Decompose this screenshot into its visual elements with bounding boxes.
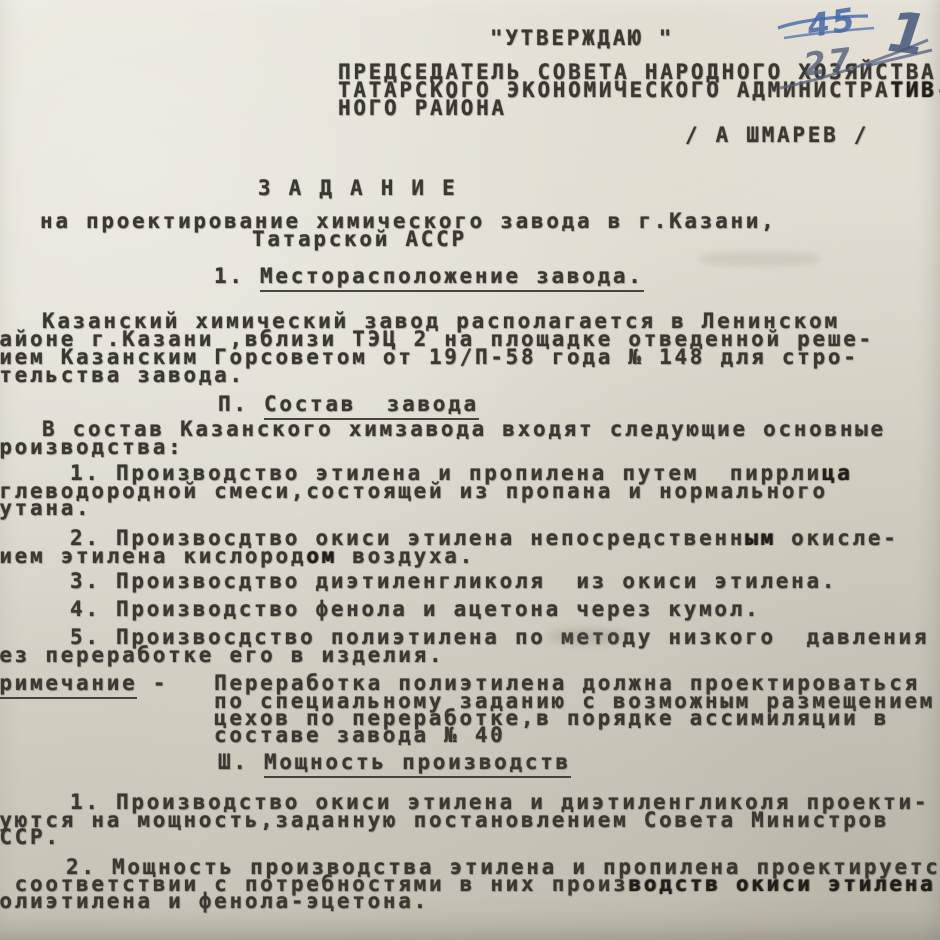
typed-line: НОГО РАЙОНА xyxy=(338,98,507,119)
typed-line: 4. Производство фенола и ацетона через к… xyxy=(70,599,760,620)
typed-line: углеводородной смеси,состоящей из пропан… xyxy=(0,481,828,502)
overstruck-text-run: ым xyxy=(745,526,776,550)
typed-line: Татарской АССР xyxy=(252,229,467,250)
text-run: воздуха. xyxy=(337,544,475,568)
text-run: окисле- xyxy=(776,526,899,550)
typed-line: З А Д А Н И Е xyxy=(258,178,457,199)
typed-line: руются на мощность,заданную постановлени… xyxy=(0,810,889,831)
typed-line: П. Состав завода xyxy=(218,394,479,415)
text-run: 3. Произвосдтво диэтиленгликоля из окиси… xyxy=(70,569,837,593)
typed-line: 1. Месторасположение завода. xyxy=(214,266,644,287)
text-run: Татарской АССР xyxy=(252,227,467,251)
handwritten-page-number-mark: 45 27 1 xyxy=(770,0,940,96)
typed-line: нием этилена кислородом воздуха. xyxy=(0,546,475,567)
typed-line: бутана. xyxy=(0,498,91,519)
underlined-text-run: Примечание xyxy=(0,671,137,699)
underlined-text-run: Состав завода xyxy=(264,392,479,420)
text-run: "УТВЕРЖДАЮ " xyxy=(490,26,674,50)
typed-line: без переработке его в изделия. xyxy=(0,645,444,666)
typed-line: полиэтилена и фенола-эцетона. xyxy=(0,891,429,912)
text-run: полиэтилена и фенола-эцетона. xyxy=(0,889,429,913)
handwritten-number-crossed: 45 xyxy=(804,0,860,45)
overstruck-text-run: ом xyxy=(306,544,337,568)
underlined-text-run: Мощность производств xyxy=(264,750,571,778)
typed-line: Ш. Мощность производств xyxy=(218,752,571,773)
overstruck-text-run: водств окиси этилена xyxy=(628,872,935,896)
text-run: 1. xyxy=(214,264,260,288)
typed-line: "УТВЕРЖДАЮ " xyxy=(490,28,674,49)
text-run: руются на мощность,заданную постановлени… xyxy=(0,808,889,832)
text-run: производства: xyxy=(0,435,183,459)
text-run: без переработке его в изделия. xyxy=(0,643,444,667)
text-run: 4. Производство фенола и ацетона через к… xyxy=(70,597,760,621)
text-run: П. xyxy=(218,392,264,416)
text-run: нием этилена кислород xyxy=(0,544,306,568)
typed-line: СССР. xyxy=(0,827,61,848)
faint-ink-ghost xyxy=(700,252,820,266)
ink-smudge xyxy=(548,629,628,644)
text-run: З А Д А Н И Е xyxy=(258,176,457,200)
text-run: НОГО РАЙОНА xyxy=(338,96,507,120)
text-run: Ш. xyxy=(218,750,264,774)
underlined-text-run: Месторасположение завода. xyxy=(260,264,644,292)
text-run: СССР. xyxy=(0,825,61,849)
typed-line: / А ШМАРЕВ / xyxy=(685,125,869,146)
typed-line: ительства завода. xyxy=(0,365,245,386)
text-run: ительства завода. xyxy=(0,363,245,387)
text-run: углеводородной смеси,состоящей из пропан… xyxy=(0,479,828,503)
typed-line: производства: xyxy=(0,437,183,458)
document-page: "УТВЕРЖДАЮ "ПРЕДСЕДАТЕЛЬ СОВЕТА НАРОДНОГ… xyxy=(0,0,940,940)
text-run: / А ШМАРЕВ / xyxy=(685,123,869,147)
text-run: бутана. xyxy=(0,496,91,520)
typed-line: 3. Произвосдтво диэтиленгликоля из окиси… xyxy=(70,571,837,592)
typed-line: составе завода № 40 xyxy=(214,725,506,746)
text-run: составе завода № 40 xyxy=(214,723,506,747)
